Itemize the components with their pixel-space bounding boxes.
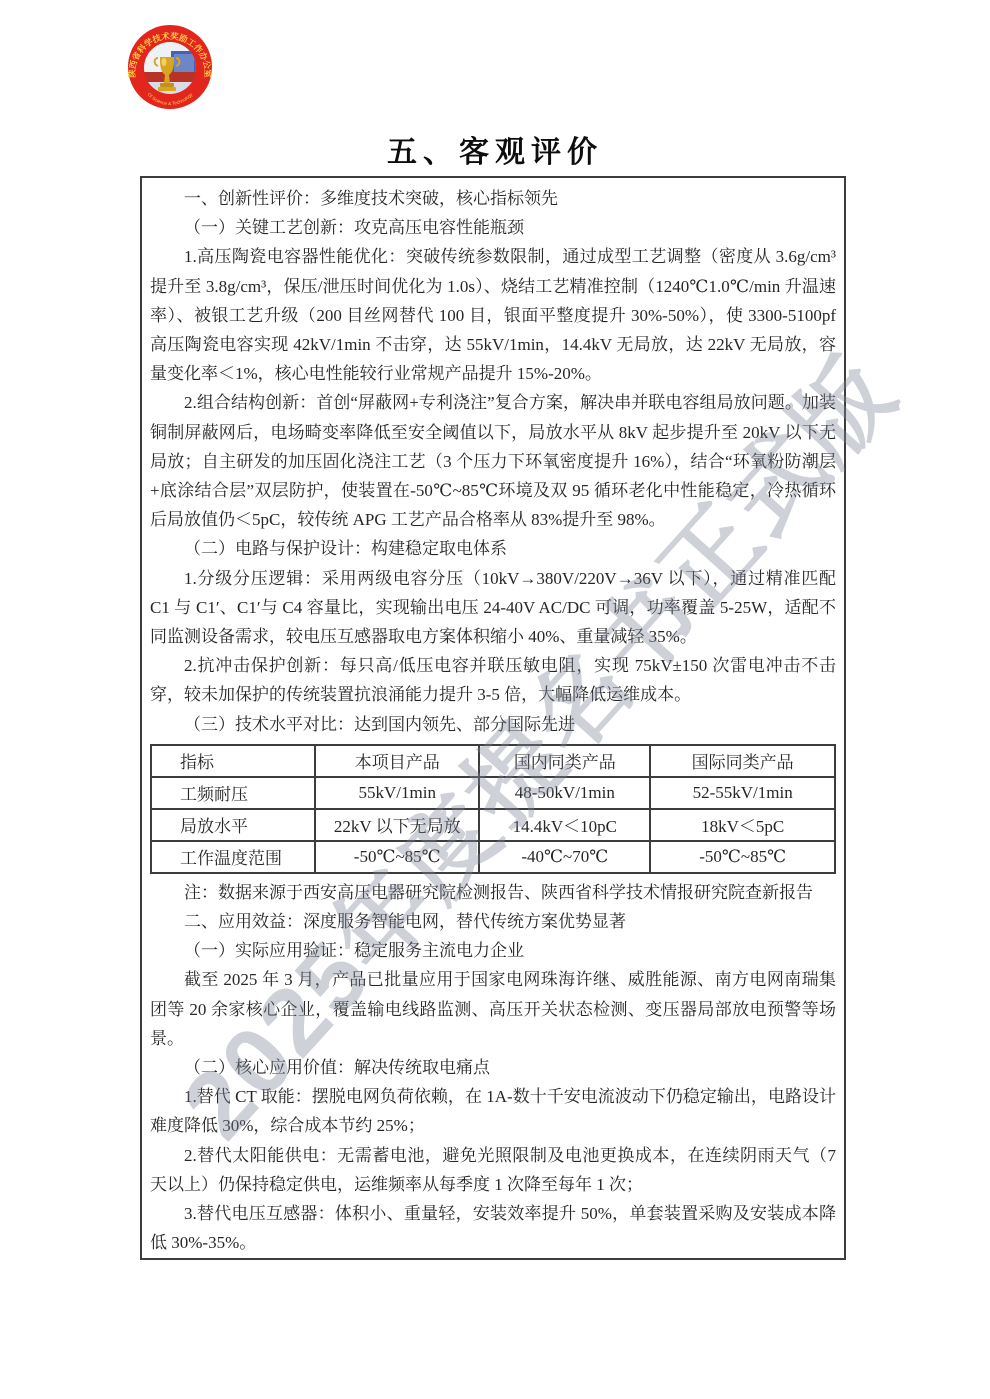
col-header-indicator: 指标 — [151, 745, 315, 777]
paragraph-verification-heading: （一）实际应用验证：稳定服务主流电力企业 — [150, 936, 836, 965]
paragraph-impact-protection: 2.抗冲击保护创新：每只高/低压电容并联压敏电阻，实现 75kV±150 次雷电… — [150, 651, 836, 709]
org-seal-logo: 陕西省科学技术奖励工作办公室 Of Science & Technology — [127, 24, 213, 110]
cell-value: -50℃~85℃ — [315, 841, 479, 873]
paragraph-innovation-heading: 一、创新性评价：多维度技术突破，核心指标领先 — [150, 184, 836, 213]
paragraph-table-note: 注：数据来源于西安高压电器研究院检测报告、陕西省科学技术情报研究院查新报告 — [150, 878, 836, 907]
cell-value: 52-55kV/1min — [650, 777, 835, 809]
paragraph-replace-ct: 1.替代 CT 取能：摆脱电网负荷依赖，在 1A-数十千安电流波动下仍稳定输出，… — [150, 1082, 836, 1140]
cell-value: 18kV＜5pC — [650, 809, 835, 841]
comparison-table: 指标 本项目产品 国内同类产品 国际同类产品 工频耐压 55kV/1min 48… — [150, 744, 836, 874]
col-header-this-project: 本项目产品 — [315, 745, 479, 777]
paragraph-deployment: 截至 2025 年 3 月，产品已批量应用于国家电网珠海许继、威胜能源、南方电网… — [150, 965, 836, 1053]
table-row: 局放水平 22kV 以下无局放 14.4kV＜10pC 18kV＜5pC — [151, 809, 835, 841]
paragraph-process-heading: （一）关键工艺创新：攻克高压电容性能瓶颈 — [150, 213, 836, 242]
col-header-international: 国际同类产品 — [650, 745, 835, 777]
cell-indicator: 局放水平 — [151, 809, 315, 841]
paragraph-circuit-heading: （二）电路与保护设计：构建稳定取电体系 — [150, 534, 836, 563]
cell-value: -50℃~85℃ — [650, 841, 835, 873]
table-header-row: 指标 本项目产品 国内同类产品 国际同类产品 — [151, 745, 835, 777]
seal-icon: 陕西省科学技术奖励工作办公室 Of Science & Technology — [127, 24, 213, 110]
cell-value: 22kV 以下无局放 — [315, 809, 479, 841]
paragraph-replace-pt: 3.替代电压互感器：体积小、重量轻，安装效率提升 50%，单套装置采购及安装成本… — [150, 1199, 836, 1257]
page-title: 五、客观评价 — [0, 127, 990, 171]
cell-value: -40℃~70℃ — [479, 841, 650, 873]
document-page: 陕西省科学技术奖励工作办公室 Of Science & Technology 五… — [0, 0, 990, 1399]
table-row: 工作温度范围 -50℃~85℃ -40℃~70℃ -50℃~85℃ — [151, 841, 835, 873]
paragraph-replace-solar: 2.替代太阳能供电：无需蓄电池，避免光照限制及电池更换成本，在连续阴雨天气（7 … — [150, 1141, 836, 1199]
paragraph-application-heading: 二、应用效益：深度服务智能电网，替代传统方案优势显著 — [150, 907, 836, 936]
cell-value: 48-50kV/1min — [479, 777, 650, 809]
cell-indicator: 工作温度范围 — [151, 841, 315, 873]
paragraph-tech-comparison-heading: （三）技术水平对比：达到国内领先、部分国际先进 — [150, 710, 836, 739]
table-row: 工频耐压 55kV/1min 48-50kV/1min 52-55kV/1min — [151, 777, 835, 809]
cell-value: 55kV/1min — [315, 777, 479, 809]
paragraph-core-value-heading: （二）核心应用价值：解决传统取电痛点 — [150, 1053, 836, 1082]
paragraph-voltage-division: 1.分级分压逻辑：采用两级电容分压（10kV→380V/220V→36V 以下）… — [150, 564, 836, 652]
cell-indicator: 工频耐压 — [151, 777, 315, 809]
content-box: 一、创新性评价：多维度技术突破，核心指标领先 （一）关键工艺创新：攻克高压电容性… — [140, 176, 846, 1260]
paragraph-ceramic-capacitor: 1.高压陶瓷电容器性能优化：突破传统参数限制，通过成型工艺调整（密度从 3.6g… — [150, 242, 836, 388]
col-header-domestic: 国内同类产品 — [479, 745, 650, 777]
paragraph-structure-innovation: 2.组合结构创新：首创“屏蔽网+专利浇注”复合方案，解决串并联电容组局放问题。加… — [150, 388, 836, 534]
cell-value: 14.4kV＜10pC — [479, 809, 650, 841]
